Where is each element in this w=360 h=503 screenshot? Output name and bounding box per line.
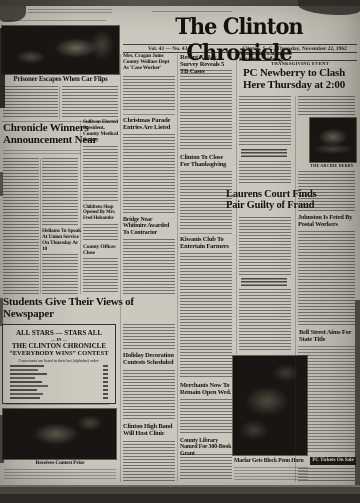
headline-parade-entries: Christmas Parade Entries Are Listed <box>123 117 175 131</box>
derby-hat-photo <box>310 118 356 162</box>
headline-hellams-speak: Hellams To Speak At Union Service On Thu… <box>42 229 82 253</box>
caption-derby: THE ARCHIE DERBY <box>308 164 356 168</box>
headline-bridge-whitmire: Bridge Near Whitmire Awarded To Contract… <box>123 217 175 236</box>
body-text <box>239 96 291 146</box>
contestant-row <box>10 381 108 383</box>
body-text <box>83 146 118 202</box>
body-text <box>180 171 232 231</box>
headline-johnston-feted: Johnston Is Feted By Postal Workers <box>298 214 355 228</box>
body-text <box>3 86 58 119</box>
contest-line-1: ALL STARS — STARS ALL <box>3 329 115 337</box>
headline-bell-street: Bell Street Aims For State Title <box>299 329 355 343</box>
body-text <box>123 324 175 350</box>
contest-intro: Contestants are listed in their last (al… <box>3 358 115 363</box>
headline-cragan-welfare: Mrs. Cragan Joins County Welfare Dept As… <box>123 54 175 72</box>
body-text <box>83 224 118 242</box>
scan-edge-bottom <box>0 485 360 503</box>
body-text <box>123 441 175 481</box>
body-text <box>123 76 175 112</box>
body-text <box>298 171 355 211</box>
body-text <box>42 158 78 226</box>
body-text <box>123 134 175 214</box>
body-text <box>180 399 232 435</box>
headline-kiwanis-farmers: Kiwanis Club To Entertain Farmers <box>180 236 232 250</box>
body-text <box>62 86 118 119</box>
headline-merchants-open: Merchants Now To Remain Open Wed. <box>180 382 232 396</box>
body-text <box>239 289 291 352</box>
caption-receives-prize: Receives Contest Prize <box>18 461 102 467</box>
caption-text <box>4 469 116 481</box>
contestant-row <box>10 397 108 399</box>
body-text <box>3 158 39 294</box>
newspaper-scan: The Clinton Chronicle Vol. 43 — No. 43 C… <box>0 0 360 503</box>
contest-box: ALL STARS — STARS ALL — IN — THE CLINTON… <box>2 324 116 404</box>
headline-clinton-close: Clinton To Close For Thanksgiving <box>180 154 232 168</box>
contestant-row <box>10 393 108 395</box>
contest-line-3: THE CLINTON CHRONICLE <box>3 342 115 350</box>
headline-sullivan-elected: Sullivan Elected President, County Medic… <box>83 120 119 144</box>
contest-line-4: “EVERYBODY WINS” CONTEST <box>3 350 115 357</box>
headline-county-offices: County Offices Close <box>83 245 119 257</box>
car-wreck-photo <box>2 26 119 74</box>
body-text <box>83 258 118 294</box>
body-text <box>6 20 106 23</box>
body-text <box>123 239 175 294</box>
contestant-row <box>10 373 108 375</box>
body-text <box>298 346 355 454</box>
contest-prize-photo <box>3 409 116 459</box>
body-text <box>180 70 232 150</box>
body-text <box>123 370 175 420</box>
body-text <box>180 454 232 481</box>
contestant-row <box>10 365 108 367</box>
contestant-row <box>10 369 108 371</box>
body-text <box>42 254 78 294</box>
headline-prisoner-escapes: Prisoner Escapes When Car Flips <box>2 76 119 84</box>
body-text <box>6 404 110 407</box>
caption-text <box>234 467 308 481</box>
headline-childrens-shop: Childrens Shop Opened By Mrs. Fred Holco… <box>83 205 119 221</box>
headline-band-clinic: Clinton High Band Will Host Clinic <box>123 423 175 437</box>
subhead-text <box>241 278 287 286</box>
volume-number: Vol. 43 — No. 43 <box>148 46 187 52</box>
headline-pc-newberry-clash: PC Newberry to Clash Here Thursday at 2:… <box>243 68 357 92</box>
body-text <box>239 161 291 185</box>
caption-marlar: Marlar Gets Block Penn Horn <box>234 458 310 464</box>
body-text <box>298 468 355 481</box>
contestant-row <box>10 377 108 379</box>
contestant-row <box>10 389 108 391</box>
contestant-row <box>10 385 108 387</box>
subhead-text <box>241 149 287 158</box>
headline-pc-tickets: PC Tickets On Sale <box>310 457 356 465</box>
body-text <box>298 231 355 326</box>
body-text <box>239 217 291 275</box>
byline-text <box>3 150 81 154</box>
headline-students-views: Students Give Their Views of Newspaper <box>3 297 153 321</box>
body-text <box>28 9 112 14</box>
headline-holiday-decoration: Holiday Decoration Contests Scheduled <box>123 352 175 366</box>
body-text <box>180 253 232 379</box>
body-text <box>298 96 355 116</box>
